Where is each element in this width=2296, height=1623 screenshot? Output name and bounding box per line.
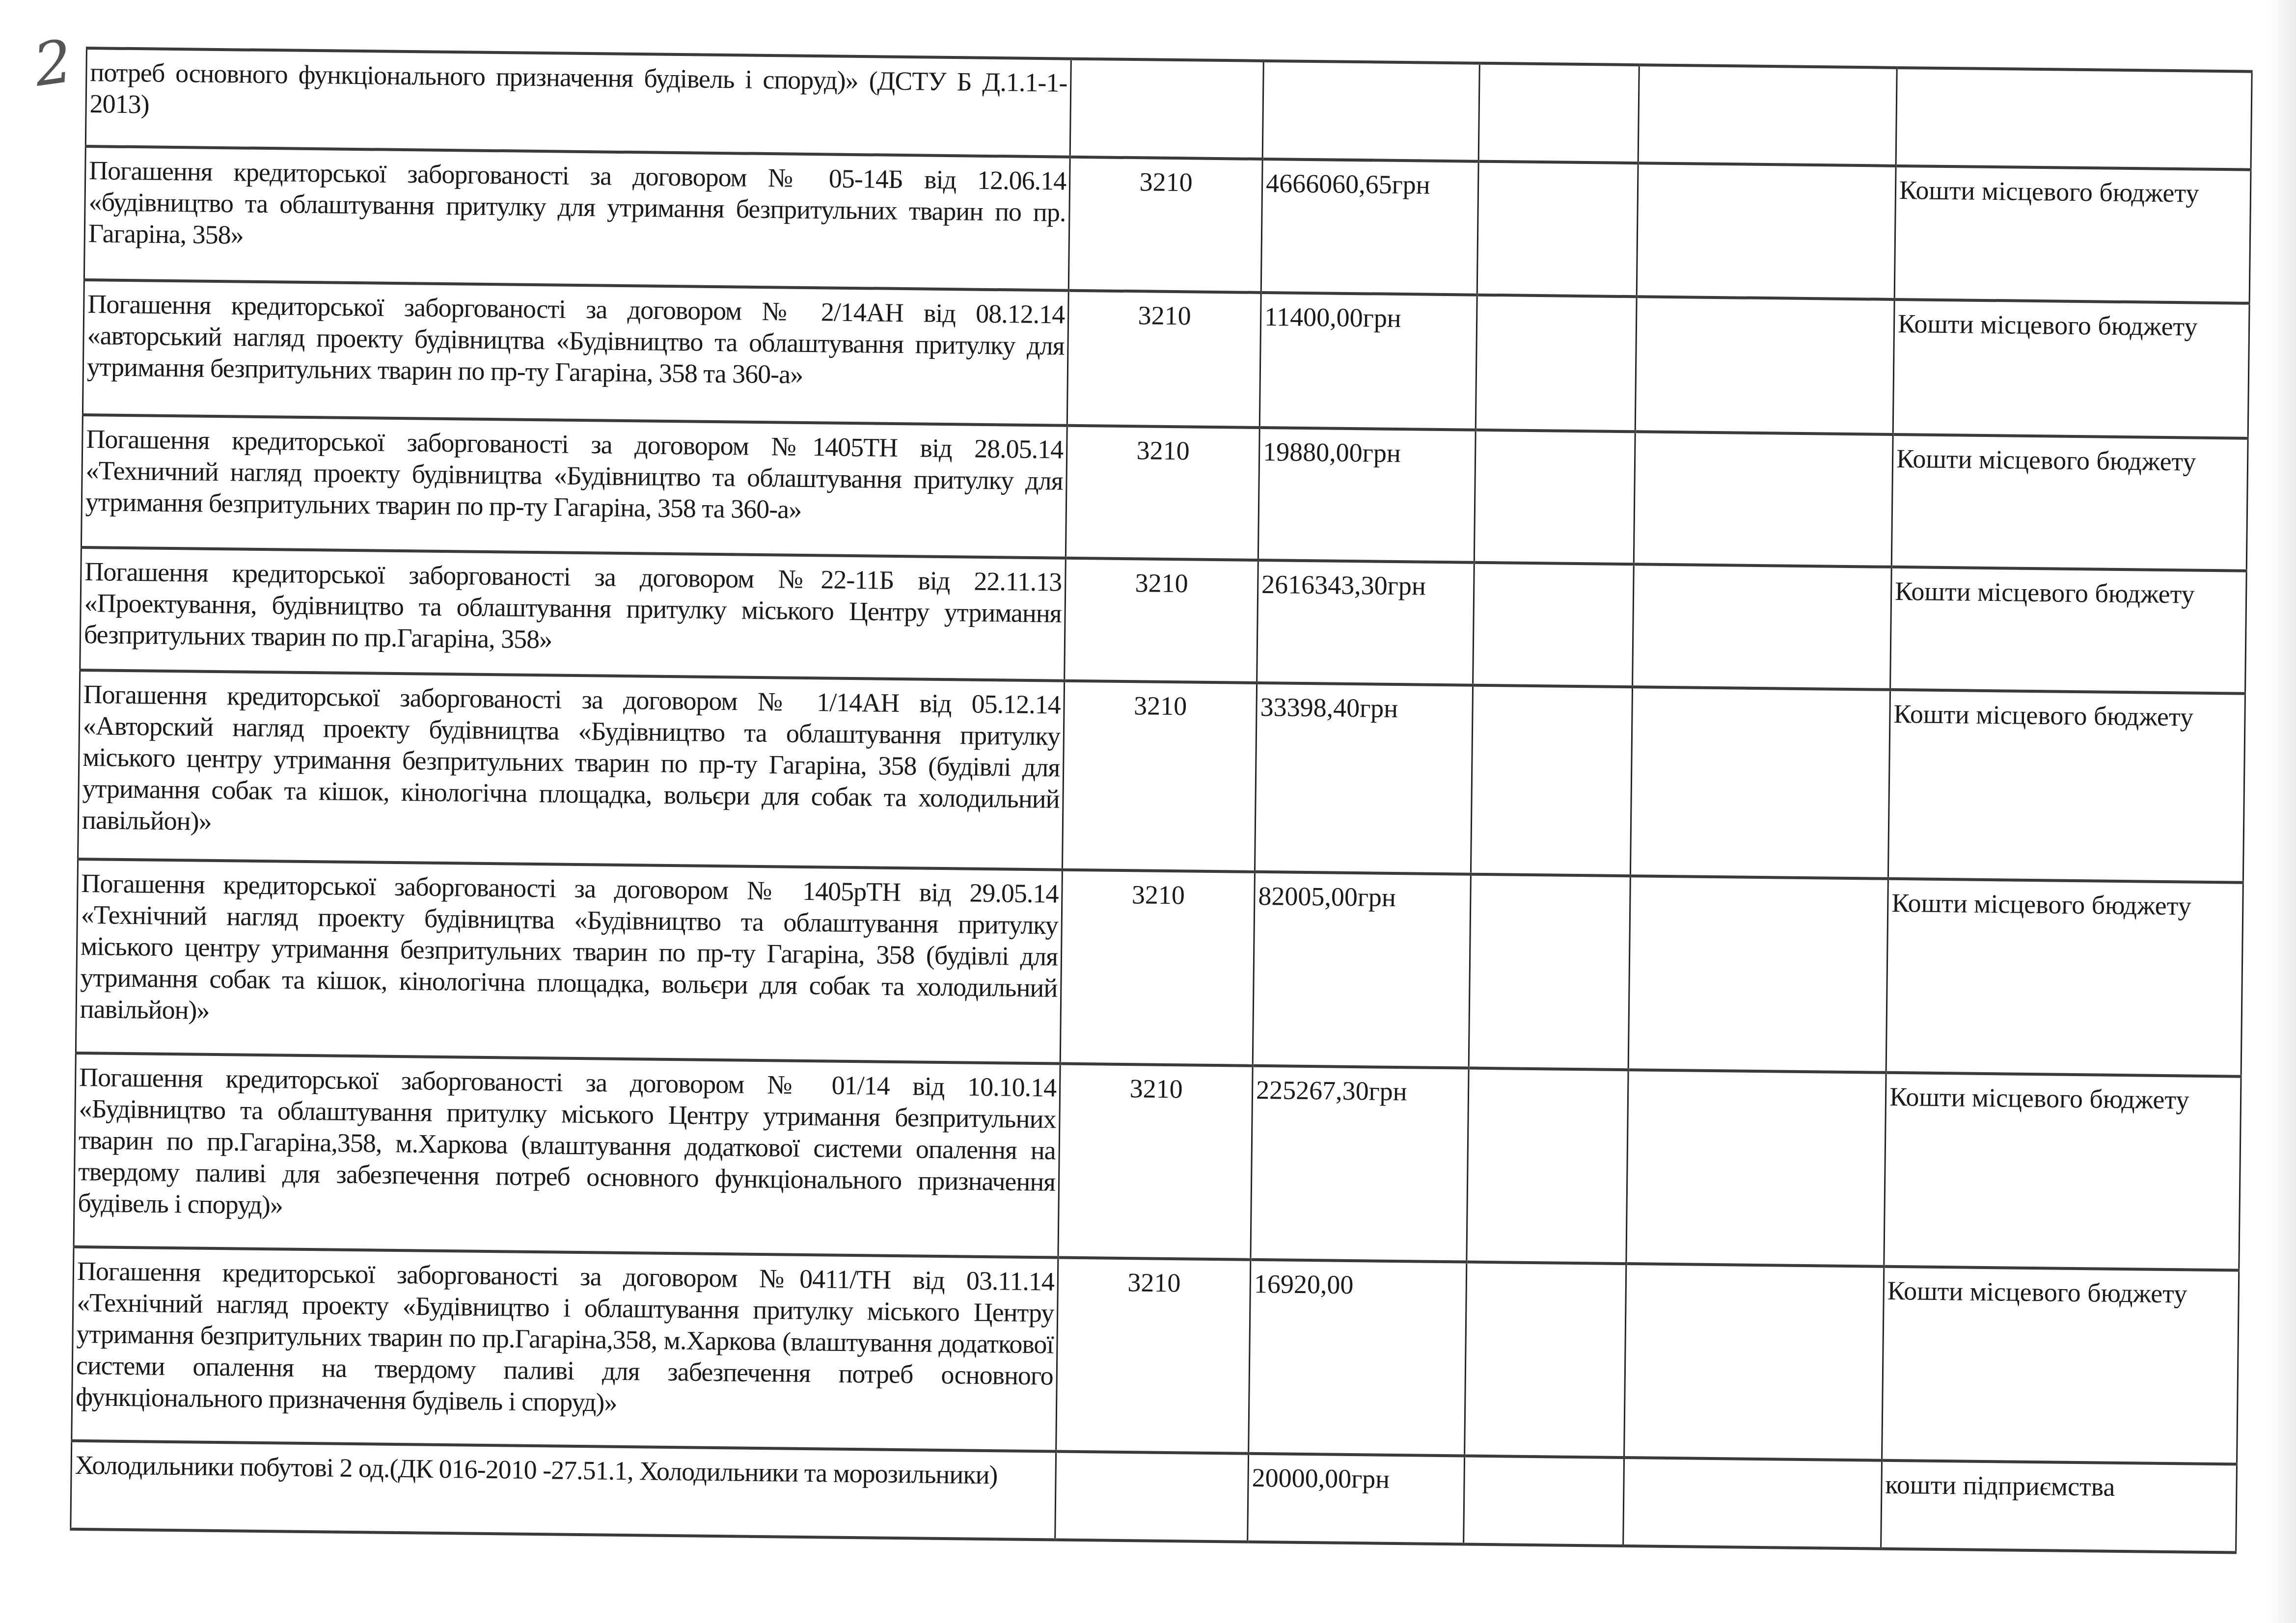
row-empty-cell — [1630, 687, 1890, 879]
row-code: 3210 — [1068, 157, 1262, 293]
row-amount: 20000,00грн — [1248, 1454, 1465, 1544]
row-funding-source: Кошти місцевого бюджету — [1882, 1267, 2239, 1464]
budget-table: потреб основного функціонального признач… — [70, 47, 2252, 1554]
row-code — [1070, 59, 1263, 159]
table-row: Погашення кредиторської заборгованості з… — [80, 547, 2246, 694]
row-code: 3210 — [1062, 681, 1257, 872]
row-code: 3210 — [1065, 558, 1258, 683]
scanned-document-page: 2 потреб основного функціонального призн… — [0, 0, 2296, 1623]
row-code: 3210 — [1058, 1064, 1253, 1260]
row-description: потреб основного функціонального признач… — [85, 48, 1071, 157]
row-code: 3210 — [1067, 291, 1261, 428]
row-amount: 16920,00 — [1249, 1260, 1467, 1456]
row-amount: 4666060,65грн — [1261, 159, 1478, 295]
row-empty-cell — [1464, 1456, 1624, 1546]
row-code: 3210 — [1056, 1258, 1251, 1454]
row-empty-cell — [1626, 1070, 1886, 1267]
row-funding-source: Кошти місцевого бюджету — [1890, 567, 2247, 694]
row-code: 3210 — [1066, 426, 1259, 560]
row-empty-cell — [1467, 1068, 1628, 1264]
row-empty-cell — [1478, 63, 1639, 163]
row-amount: 19880,00грн — [1258, 428, 1476, 563]
row-funding-source: Кошти місцевого бюджету — [1893, 299, 2249, 438]
row-empty-cell — [1476, 295, 1637, 432]
row-empty-cell — [1624, 1264, 1884, 1461]
row-code — [1055, 1452, 1249, 1542]
row-amount: 2616343,30грн — [1257, 560, 1475, 685]
row-description: Погашення кредиторської заборгованості з… — [72, 1247, 1058, 1452]
row-funding-source — [1896, 68, 2252, 170]
row-description: Погашення кредиторської заборгованості з… — [74, 1053, 1060, 1258]
row-description: Погашення кредиторської заборгованості з… — [76, 859, 1062, 1064]
row-empty-cell — [1477, 162, 1638, 297]
row-empty-cell — [1465, 1262, 1626, 1458]
row-amount: 225267,30грн — [1251, 1066, 1469, 1262]
row-description: Погашення кредиторської заборгованості з… — [84, 146, 1070, 291]
table-row: Погашення кредиторської заборгованості з… — [72, 1247, 2239, 1464]
row-funding-source: Кошти місцевого бюджету — [1891, 434, 2248, 571]
row-empty-cell — [1635, 297, 1894, 434]
row-empty-cell — [1623, 1458, 1882, 1549]
row-description: Погашення кредиторської заборгованості з… — [81, 415, 1067, 558]
row-amount — [1262, 61, 1479, 162]
row-description: Погашення кредиторської заборгованості з… — [80, 547, 1066, 681]
scan-edge-shadow — [2267, 0, 2296, 1623]
row-funding-source: кошти підприємства — [1881, 1461, 2237, 1553]
row-funding-source: Кошти місцевого бюджету — [1888, 690, 2245, 883]
row-empty-cell — [1634, 432, 1893, 567]
row-empty-cell — [1633, 564, 1892, 690]
row-empty-cell — [1474, 430, 1635, 565]
row-empty-cell — [1638, 65, 1897, 166]
row-funding-source: Кошти місцевого бюджету — [1886, 879, 2243, 1077]
table-row: Погашення кредиторської заборгованості з… — [81, 415, 2248, 571]
row-funding-source: Кошти місцевого бюджету — [1884, 1073, 2241, 1271]
row-code: 3210 — [1060, 870, 1255, 1066]
row-description: Погашення кредиторської заборгованості з… — [82, 280, 1068, 426]
table-row: Погашення кредиторської заборгованості з… — [74, 1053, 2241, 1271]
row-description: Холодильники побутові 2 од.(ДК 016-2010 … — [71, 1441, 1056, 1540]
table-row: Погашення кредиторської заборгованості з… — [78, 670, 2245, 883]
table-row: Погашення кредиторської заборгованості з… — [82, 280, 2249, 438]
row-amount: 33398,40грн — [1255, 683, 1473, 874]
row-empty-cell — [1471, 685, 1632, 876]
budget-table-container: потреб основного функціонального признач… — [70, 47, 2251, 1554]
row-funding-source: Кошти місцевого бюджету — [1894, 166, 2251, 303]
row-empty-cell — [1469, 874, 1630, 1070]
row-amount: 82005,00грн — [1253, 872, 1471, 1068]
row-empty-cell — [1473, 563, 1634, 687]
row-empty-cell — [1637, 163, 1896, 299]
row-amount: 11400,00грн — [1259, 293, 1477, 430]
row-description: Погашення кредиторської заборгованості з… — [78, 670, 1065, 870]
table-row: Погашення кредиторської заборгованості з… — [76, 859, 2243, 1077]
handwritten-page-number: 2 — [30, 32, 76, 95]
row-empty-cell — [1628, 876, 1888, 1073]
table-row: Погашення кредиторської заборгованості з… — [84, 146, 2251, 303]
